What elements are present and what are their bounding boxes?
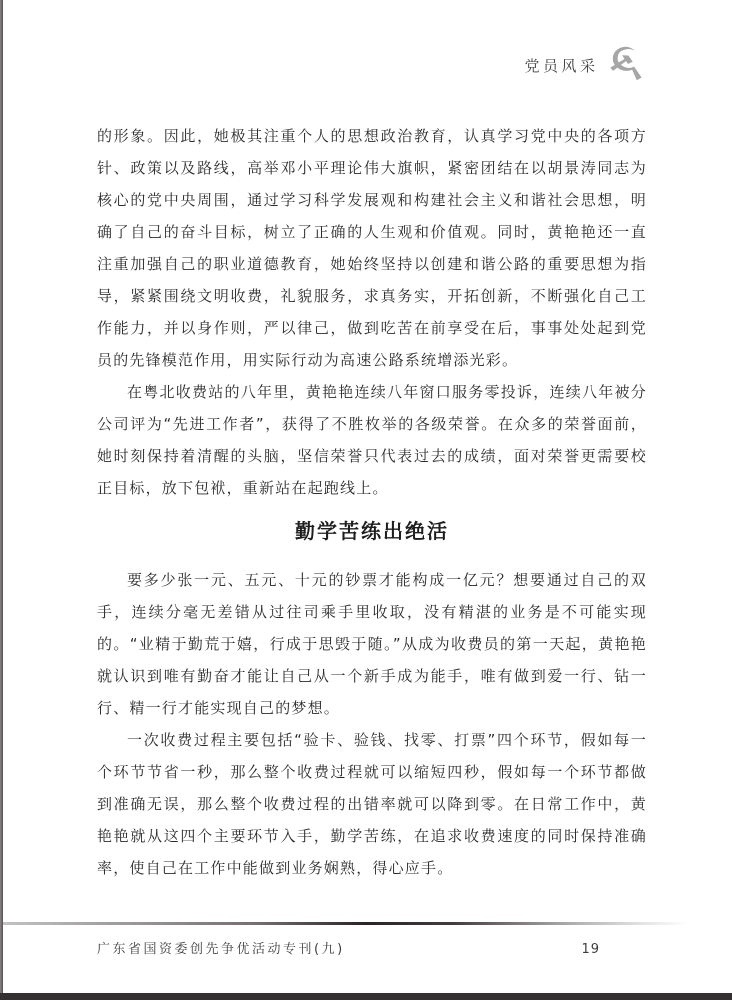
page-left-edge (0, 0, 3, 993)
scanned-document-page: { "header": { "title": "党员风采", "emblem_i… (0, 0, 732, 1000)
paragraph: 要多少张一元、五元、十元的钞票才能构成一亿元？想要通过自己的双手，连续分毫无差错… (97, 564, 647, 724)
running-head-title: 党员风采 (525, 55, 599, 76)
paragraph: 一次收费过程主要包括“验卡、验钱、找零、打票”四个环节，假如每一个环节节省一秒，… (97, 724, 647, 884)
paragraph-continuation: 的形象。因此，她极其注重个人的思想政治教育，认真学习党中央的各项方针、政策以及路… (97, 120, 647, 376)
page-fold-shadow (0, 922, 732, 925)
party-emblem-icon: ☭ (604, 41, 648, 89)
page-header: 党员风采 ☭ (525, 40, 646, 90)
page-bottom-edge (0, 993, 732, 1000)
footer-page-number: 19 (581, 942, 600, 957)
section-heading: 勤学苦练出绝活 (97, 514, 647, 548)
footer-journal-title: 广东省国资委创先争优活动专刊(九) (97, 938, 345, 957)
article-content: 的形象。因此，她极其注重个人的思想政治教育，认真学习党中央的各项方针、政策以及路… (97, 120, 647, 884)
page-footer: 广东省国资委创先争优活动专刊(九) 19 (97, 938, 647, 957)
paragraph: 在粤北收费站的八年里，黄艳艳连续八年窗口服务零投诉，连续八年被分公司评为“先进工… (97, 376, 647, 504)
